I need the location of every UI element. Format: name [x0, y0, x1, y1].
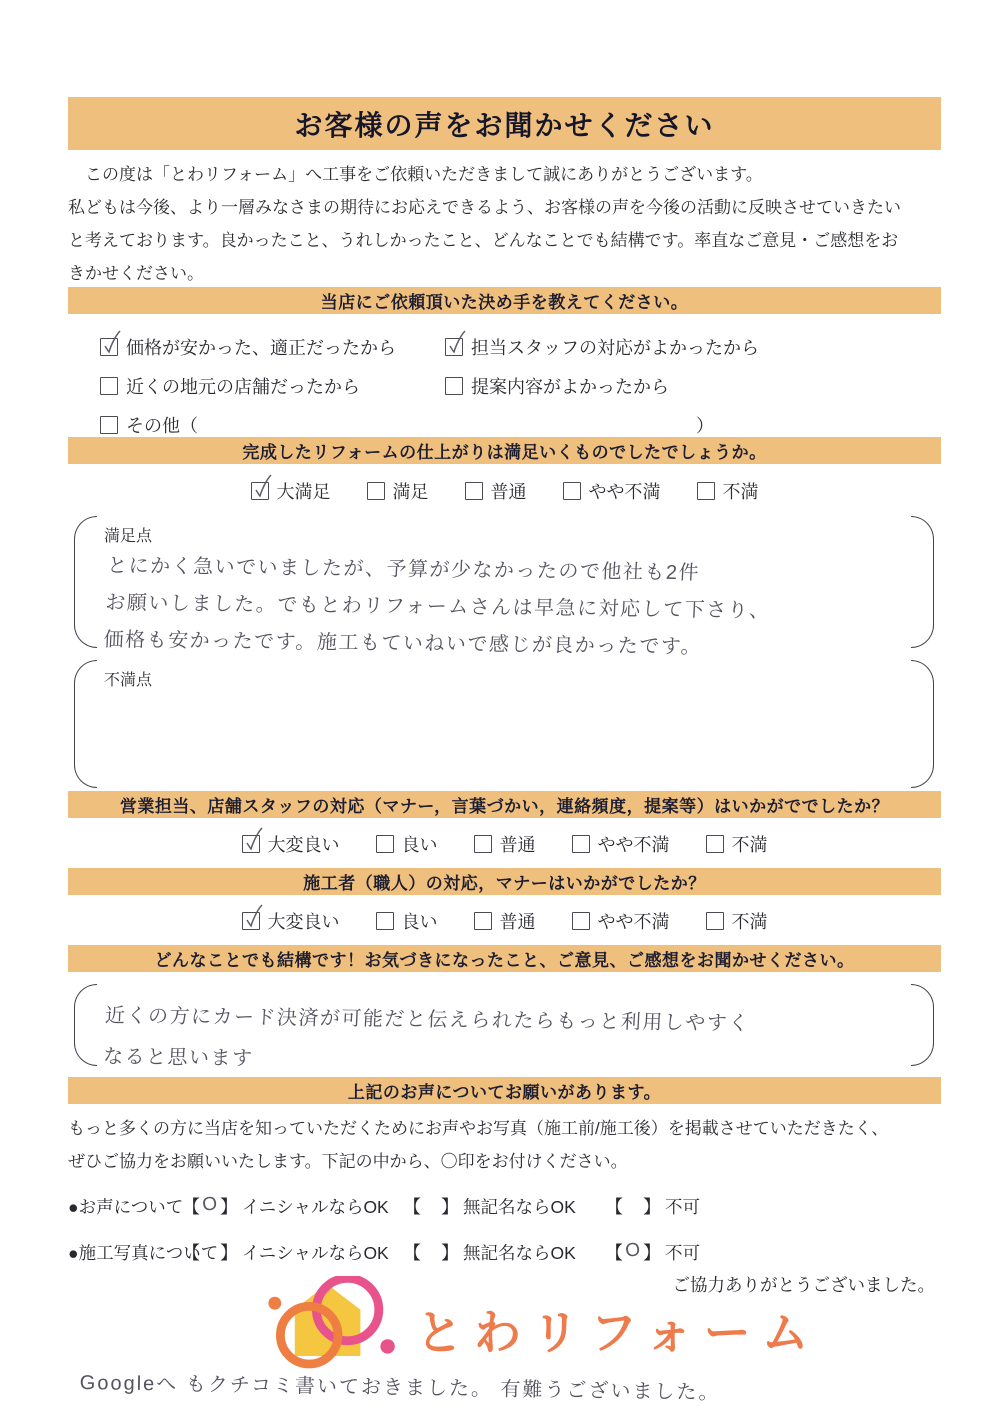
- checkbox: [572, 912, 590, 930]
- section-bar-publish: 上記のお声についてお願いがあります。: [68, 1077, 941, 1104]
- decision-option-staff: 担当スタッフの対応がよかったから: [445, 334, 759, 360]
- check-mark-icon: [243, 904, 263, 930]
- option-label: 提案内容がよかったから: [471, 373, 669, 399]
- bracket-left: [74, 984, 97, 1066]
- handwritten-circle-mark: [623, 1204, 643, 1207]
- section-bar-craftsman: 施工者（職人）の対応，マナーはいかがでしたか？: [68, 868, 941, 895]
- voice-option-initial: 【 O 】 イニシャルならOK: [182, 1193, 403, 1219]
- rating-option-yoi: 良い: [376, 908, 438, 934]
- pink-dot-icon: [380, 1339, 394, 1353]
- option-label: 担当スタッフの対応がよかったから: [471, 334, 759, 360]
- checkbox: [465, 482, 483, 500]
- decision-option-other: その他（ ）: [100, 412, 445, 438]
- orange-dot-icon: [268, 1297, 281, 1310]
- survey-form-page: お客様の声をお聞かせください この度は「とわリフォーム」へ工事をご依頼いただきま…: [0, 0, 1000, 1413]
- voice-permission-row: ●お声について 【 O 】 イニシャルならOK 【 】 無記名ならOK 【 】 …: [68, 1193, 941, 1219]
- intro-paragraph: この度は「とわリフォーム」へ工事をご依頼いただきまして誠にありがとうございます。…: [68, 158, 946, 290]
- checkbox-checked: [100, 338, 118, 356]
- checkbox-checked: [242, 835, 260, 853]
- decision-option-local: 近くの地元の店舗だったから: [100, 373, 445, 399]
- rating-option-futsuu: 普通: [474, 831, 536, 857]
- bracket-right: [911, 984, 934, 1066]
- checkbox: [572, 835, 590, 853]
- section-heading: 当店にご依頼頂いた決め手を教えてください。: [321, 288, 689, 313]
- section-heading: 完成したリフォームの仕上がりは満足いくものでしたでしょうか。: [242, 438, 766, 463]
- photo-option-initial: 【 】 イニシャルならOK: [182, 1239, 403, 1265]
- craftsman-rating-row: 大変良い 良い 普通 やや不満 不満: [68, 908, 941, 934]
- check-mark-icon: [252, 474, 272, 500]
- form-title: お客様の声をお聞かせください: [294, 104, 714, 144]
- satisfaction-box-label: 満足点: [104, 523, 152, 546]
- checkbox: [563, 482, 581, 500]
- towa-reform-logo-icon: [264, 1276, 404, 1372]
- checkbox: [474, 912, 492, 930]
- check-mark-icon: [446, 330, 466, 356]
- checkbox-checked: [251, 482, 269, 500]
- section-heading: 上記のお声についてお願いがあります。: [348, 1078, 661, 1103]
- rating-option-daimanzoku: 大満足: [251, 478, 331, 504]
- voice-option-no: 【 】 不可: [605, 1193, 700, 1219]
- thanks-message: ご協力ありがとうございました。: [68, 1272, 935, 1297]
- option-label: 近くの地元の店舗だったから: [126, 373, 360, 399]
- voice-row-label: ●お声について: [68, 1194, 182, 1219]
- satisfaction-handwriting: とにかく急いでいましたが、予算が少なかったので他社も2件 お願いしました。でもと…: [103, 548, 890, 669]
- checkbox: [445, 377, 463, 395]
- option-label: 価格が安かった、適正だったから: [126, 334, 396, 360]
- intro-line: 私どもは今後、より一層みなさまの期待にお応えできるよう、お客様の声を今後の活動に…: [68, 191, 946, 224]
- section-bar-decision: 当店にご依頼頂いた決め手を教えてください。: [68, 287, 941, 314]
- check-mark-icon: [243, 827, 263, 853]
- rating-option-manzoku: 満足: [367, 478, 429, 504]
- checkbox: [474, 835, 492, 853]
- checkbox: [697, 482, 715, 500]
- handwritten-circle-mark: O: [621, 1239, 644, 1264]
- sales-rating-row: 大変良い 良い 普通 やや不満 不満: [68, 831, 941, 857]
- checkbox-checked: [242, 912, 260, 930]
- rating-option-yaya-fuman: やや不満: [572, 908, 670, 934]
- dissatisfaction-box-label: 不満点: [104, 667, 152, 690]
- publish-body-line: もっと多くの方に当店を知っていただくためにお声やお写真（施工前/施工後）を掲載さ…: [68, 1112, 946, 1145]
- checkbox: [100, 377, 118, 395]
- handwritten-circle-mark: [421, 1250, 441, 1253]
- bottom-handwritten-note: Googleへ もクチコミ書いておきました。 有難うございました。: [80, 1368, 940, 1412]
- rating-option-yoi: 良い: [376, 831, 438, 857]
- rating-option-yaya-fuman: やや不満: [563, 478, 661, 504]
- form-title-bar: お客様の声をお聞かせください: [68, 97, 941, 150]
- handwritten-circle-mark: O: [198, 1193, 221, 1218]
- intro-line: この度は「とわリフォーム」へ工事をご依頼いただきまして誠にありがとうございます。: [68, 158, 946, 191]
- intro-line: きかせください。: [68, 257, 946, 290]
- checkbox-checked: [445, 338, 463, 356]
- section-heading: どんなことでも結構です！お気づきになったこと、ご意見、ご感想をお聞かせください。: [155, 946, 855, 971]
- finish-rating-row: 大満足 満足 普通 やや不満 不満: [68, 478, 941, 504]
- checkbox: [376, 835, 394, 853]
- section-heading: 営業担当、店舗スタッフの対応（マナー，言葉づかい，連絡頻度，提案等）はいかがでで…: [120, 792, 889, 817]
- photo-option-no: 【 O 】 不可: [605, 1239, 700, 1265]
- section-bar-finish: 完成したリフォームの仕上がりは満足いくものでしたでしょうか。: [68, 437, 941, 464]
- publish-paragraph: もっと多くの方に当店を知っていただくためにお声やお写真（施工前/施工後）を掲載さ…: [68, 1112, 946, 1178]
- option-label: その他（: [126, 412, 198, 438]
- photo-row-label: ●施工写真について: [68, 1240, 182, 1265]
- rating-option-futsuu: 普通: [465, 478, 527, 504]
- house-icon: [295, 1284, 361, 1356]
- checkbox: [706, 912, 724, 930]
- comments-handwriting: 近くの方にカード決済が可能だと伝えられたらもっと利用しやすく なると思います: [102, 996, 889, 1088]
- handwritten-circle-mark: [421, 1204, 441, 1207]
- rating-option-yaya-fuman: やや不満: [572, 831, 670, 857]
- comments-box: 近くの方にカード決済が可能だと伝えられたらもっと利用しやすく なると思います: [74, 984, 934, 1066]
- publish-body-line: ぜひご協力をお願いいたします。下記の中から、〇印をお付けください。: [68, 1145, 946, 1178]
- rating-option-taihen-yoi: 大変良い: [242, 908, 340, 934]
- decision-options: 価格が安かった、適正だったから 近くの地元の店舗だったから その他（ ）: [100, 334, 759, 438]
- decision-option-price: 価格が安かった、適正だったから: [100, 334, 445, 360]
- towa-reform-logo-text: とわリフォーム: [416, 1296, 820, 1363]
- section-heading: 施工者（職人）の対応，マナーはいかがでしたか？: [303, 869, 706, 894]
- intro-line: と考えております。良かったこと、うれしかったこと、どんなことでも結構です。率直な…: [68, 224, 946, 257]
- photo-option-anonymous: 【 】 無記名ならOK: [403, 1239, 605, 1265]
- bracket-right: [911, 516, 934, 648]
- handwritten-circle-mark: [200, 1250, 220, 1253]
- rating-option-futsuu: 普通: [474, 908, 536, 934]
- bracket-left: [74, 660, 97, 788]
- rating-option-taihen-yoi: 大変良い: [242, 831, 340, 857]
- check-mark-icon: [101, 330, 121, 356]
- dissatisfaction-box: 不満点: [74, 660, 934, 788]
- bracket-left: [74, 516, 97, 648]
- decision-option-proposal: 提案内容がよかったから: [445, 373, 759, 399]
- checkbox: [706, 835, 724, 853]
- rating-option-fuman: 不満: [697, 478, 759, 504]
- bracket-right: [911, 660, 934, 788]
- section-bar-sales-staff: 営業担当、店舗スタッフの対応（マナー，言葉づかい，連絡頻度，提案等）はいかがでで…: [68, 791, 941, 818]
- section-bar-comments: どんなことでも結構です！お気づきになったこと、ご意見、ご感想をお聞かせください。: [68, 945, 941, 972]
- rating-option-fuman: 不満: [706, 908, 768, 934]
- rating-option-fuman: 不満: [706, 831, 768, 857]
- satisfaction-box: 満足点 とにかく急いでいましたが、予算が少なかったので他社も2件 お願いしました…: [74, 516, 934, 648]
- photo-permission-row: ●施工写真について 【 】 イニシャルならOK 【 】 無記名ならOK 【 O …: [68, 1239, 941, 1265]
- checkbox: [376, 912, 394, 930]
- checkbox: [100, 416, 118, 434]
- voice-option-anonymous: 【 】 無記名ならOK: [403, 1193, 605, 1219]
- checkbox: [367, 482, 385, 500]
